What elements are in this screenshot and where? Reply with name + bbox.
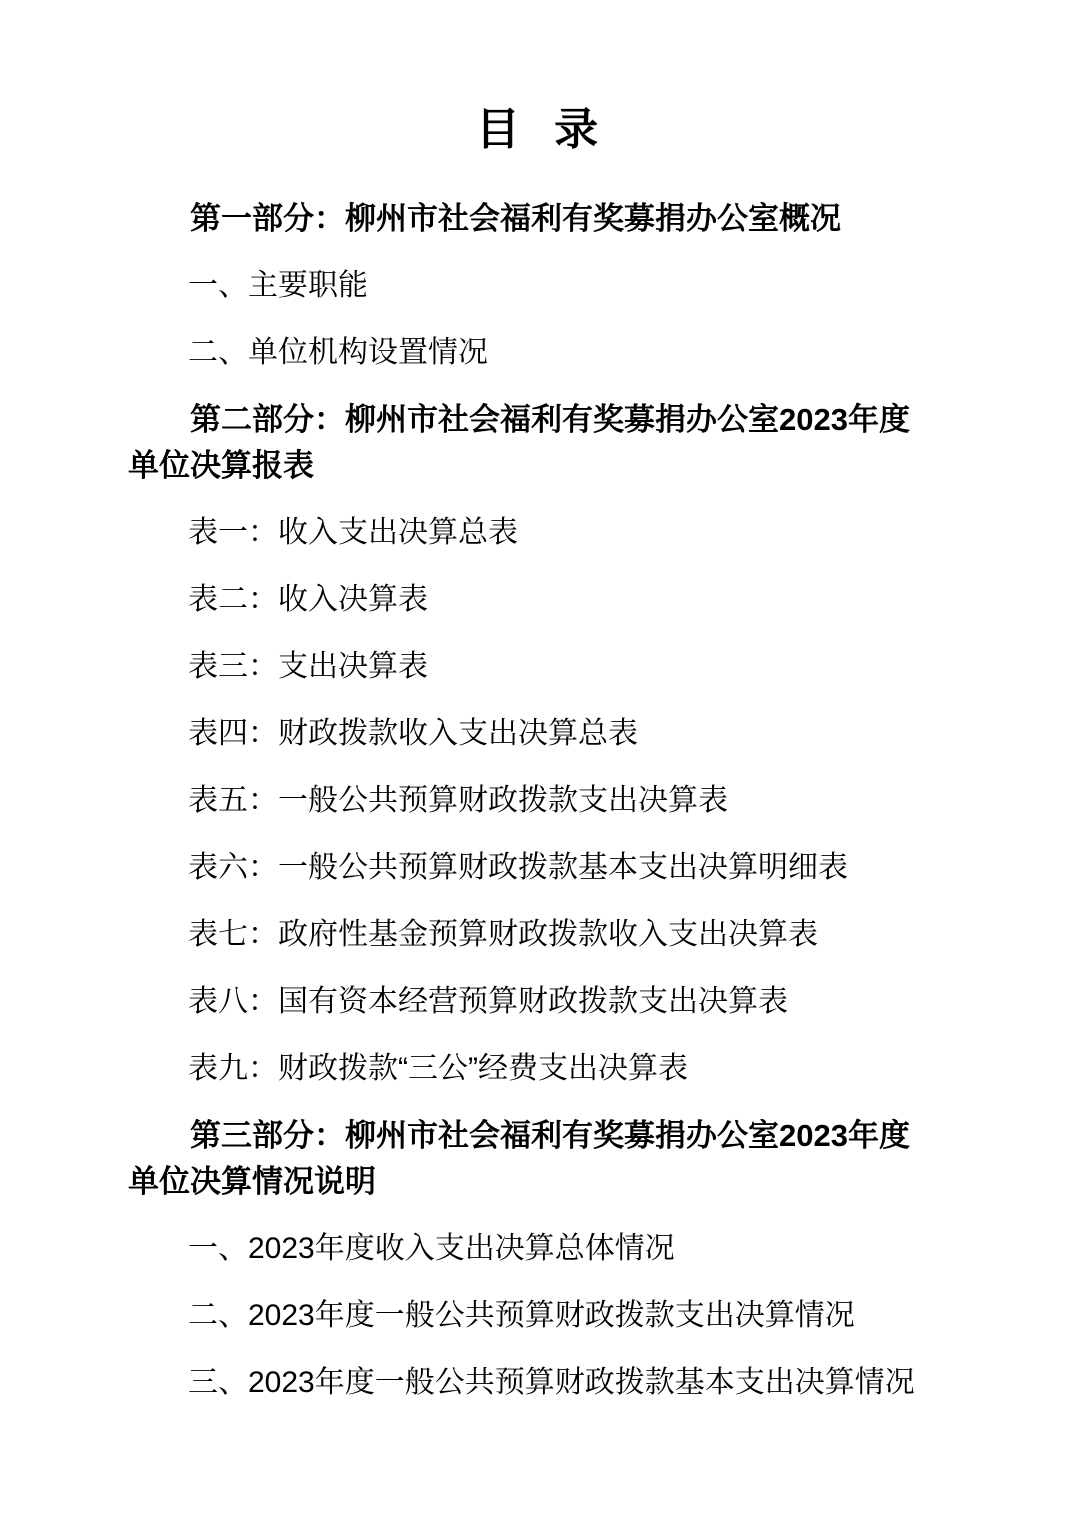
toc-heading-part2-line1: 第二部分：柳州市社会福利有奖募捐办公室2023年度	[128, 397, 946, 443]
toc-item-table4: 表四：财政拨款收入支出决算总表	[128, 711, 946, 757]
toc-item-table1: 表一：收入支出决算总表	[128, 510, 946, 556]
toc-item-overall-situation: 一、2023年度收入支出决算总体情况	[128, 1226, 946, 1272]
toc-item-table6: 表六：一般公共预算财政拨款基本支出决算明细表	[128, 845, 946, 891]
toc-item-budget-expenditure: 二、2023年度一般公共预算财政拨款支出决算情况	[128, 1293, 946, 1339]
toc-heading-part1: 第一部分：柳州市社会福利有奖募捐办公室概况	[128, 196, 946, 242]
document-page: 目 录 第一部分：柳州市社会福利有奖募捐办公室概况 一、主要职能 二、单位机构设…	[0, 0, 1074, 1520]
toc-item-table2: 表二：收入决算表	[128, 577, 946, 623]
toc-item-table8: 表八：国有资本经营预算财政拨款支出决算表	[128, 979, 946, 1025]
toc-heading-part2-line2: 单位决算报表	[128, 443, 946, 489]
toc-item-basic-expenditure: 三、2023年度一般公共预算财政拨款基本支出决算情况	[128, 1360, 946, 1406]
toc-item-table3: 表三：支出决算表	[128, 644, 946, 690]
toc-item-table9: 表九：财政拨款“三公”经费支出决算表	[128, 1046, 946, 1092]
toc-heading-part3-line2: 单位决算情况说明	[128, 1159, 946, 1205]
toc-heading-part3: 第三部分：柳州市社会福利有奖募捐办公室2023年度 单位决算情况说明	[128, 1113, 946, 1205]
toc-item-main-functions: 一、主要职能	[128, 263, 946, 309]
toc-item-org-structure: 二、单位机构设置情况	[128, 330, 946, 376]
toc-heading-part2: 第二部分：柳州市社会福利有奖募捐办公室2023年度 单位决算报表	[128, 397, 946, 489]
toc-heading-part3-line1: 第三部分：柳州市社会福利有奖募捐办公室2023年度	[128, 1113, 946, 1159]
toc-item-table7: 表七：政府性基金预算财政拨款收入支出决算表	[128, 912, 946, 958]
page-title: 目 录	[128, 104, 946, 156]
toc-item-table5: 表五：一般公共预算财政拨款支出决算表	[128, 778, 946, 824]
